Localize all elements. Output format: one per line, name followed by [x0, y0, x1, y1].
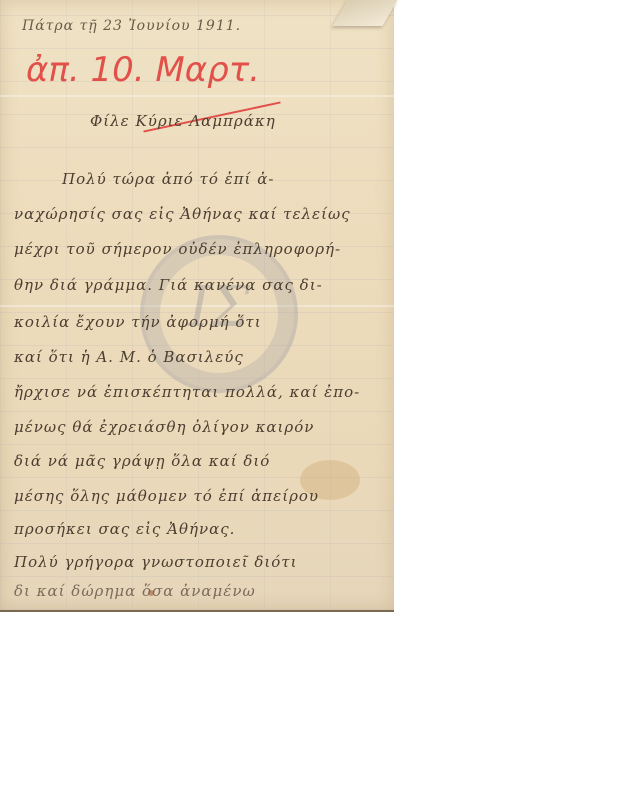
- body-line: κοιλία ἔχουν τήν ἀφορμή ὅτι: [14, 313, 262, 331]
- body-line: Πολύ τώρα ἀπό τό ἐπί ἀ-: [62, 170, 274, 188]
- body-line: μέχρι τοῦ σήμερον οὐδέν ἐπληροφορή-: [14, 240, 341, 258]
- place-date: Πάτρα τῇ 23 Ἰουνίου 1911.: [22, 18, 241, 34]
- red-pencil-annotation: ἀπ. 10. Μαρτ.: [26, 50, 260, 90]
- salutation: Φίλε Κύριε Λαμπράκη: [90, 112, 276, 130]
- body-line: προσήκει σας εἰς Ἀθήνας.: [14, 520, 235, 538]
- body-line: μένως θά ἐχρειάσθη ὀλίγον καιρόν: [14, 418, 314, 436]
- body-line: δι καί δώρημα ὅσα ἀναμένω: [14, 582, 256, 600]
- body-line: καί ὅτι ἡ Α. Μ. ὁ Βασιλεύς: [14, 348, 244, 366]
- body-line: ναχώρησίς σας εἰς Ἀθήνας καί τελείως: [14, 205, 351, 223]
- fold-line: [0, 95, 394, 97]
- body-line: Πολύ γρήγορα γνωστοποιεῖ διότι: [14, 553, 297, 571]
- body-line: θην διά γράμμα. Γιά κανένα σας δι-: [14, 276, 323, 294]
- body-line: διά νά μᾶς γράψῃ ὅλα καί διό: [14, 452, 270, 470]
- body-line: ἤρχισε νά ἐπισκέπτηται πολλά, καί ἐπο-: [14, 383, 360, 401]
- body-line: μέσης ὅλης μάθομεν τό ἐπί ἀπείρου: [14, 487, 319, 505]
- letter-page: ΙΣ Πάτρα τῇ 23 Ἰουνίου 1911. ἀπ. 10. Μαρ…: [0, 0, 394, 612]
